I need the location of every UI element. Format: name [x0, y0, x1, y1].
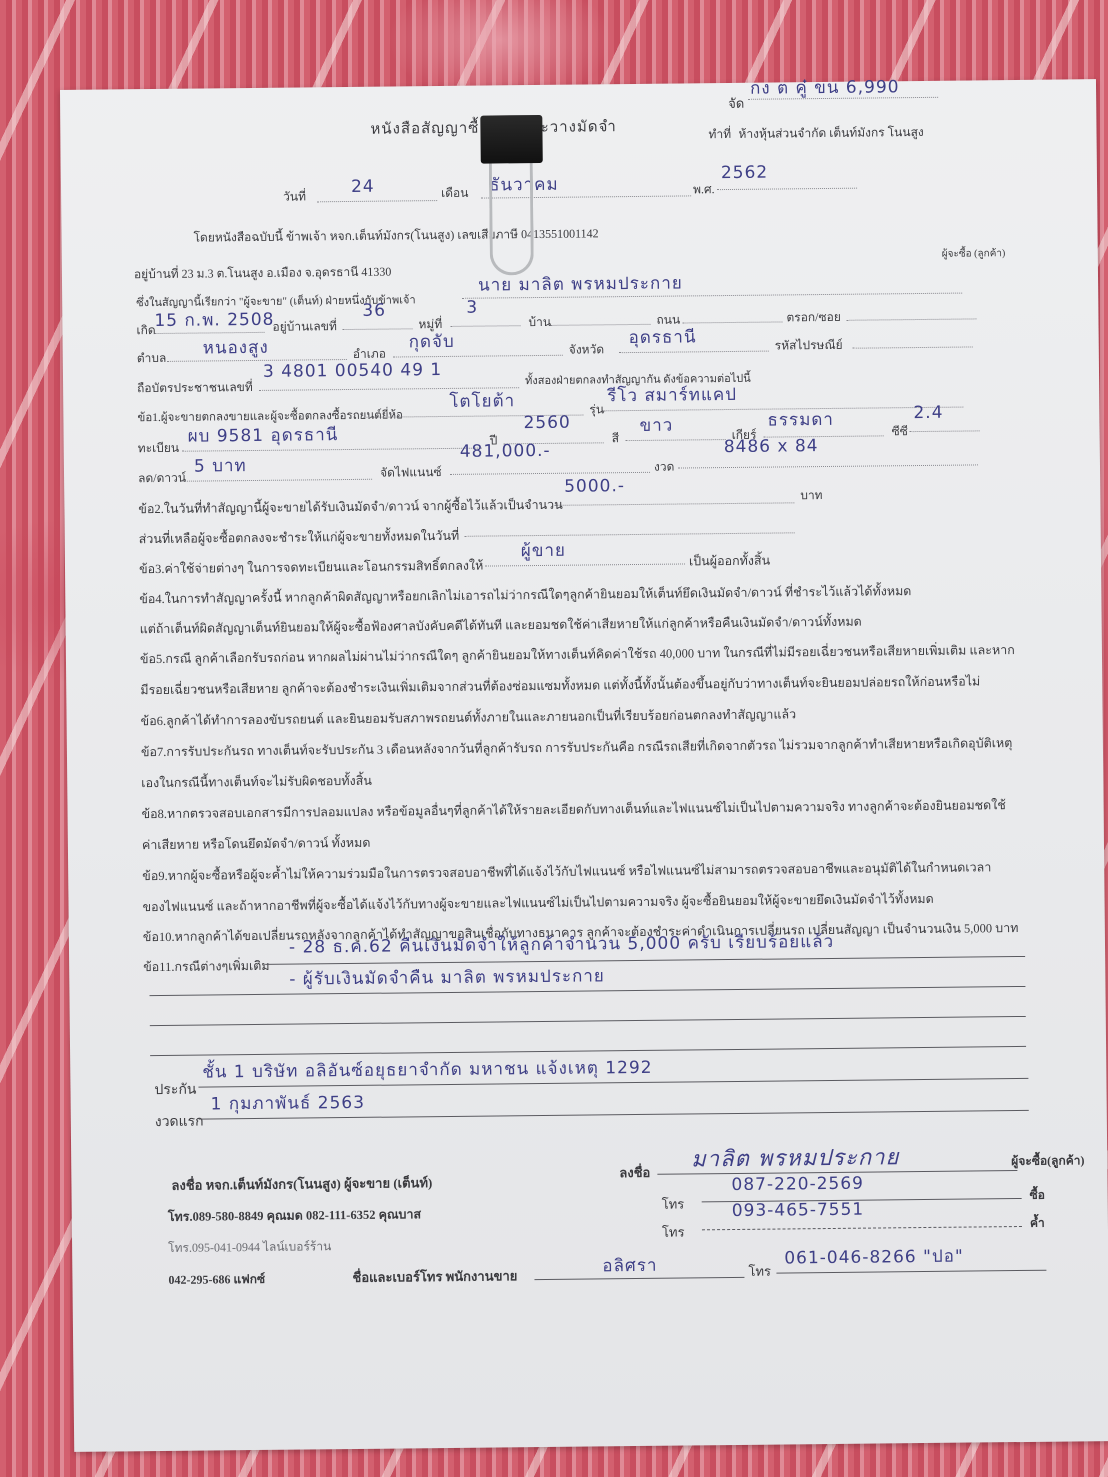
province-value: อุดรธานี	[628, 323, 696, 351]
clause5-line1: ข้อ5.กรณี ลูกค้าเลือกรับรถก่อน หากผลไม่ผ…	[140, 640, 1015, 669]
house-no-value: 36	[362, 301, 386, 321]
down-value: 5 บาท	[194, 452, 247, 480]
clause11-line1: - 28 ธ.ค.62 คืนเงินมัดจำให้ลูกค้าจำนวน 5…	[289, 928, 834, 961]
year-value: 2562	[721, 163, 768, 183]
buyer-tel-label: โทร	[662, 1194, 685, 1215]
moo-value: 3	[466, 298, 478, 318]
guarantor-tel: 093-465-7551	[732, 1200, 865, 1221]
place-value: ห้างหุ้นส่วนจำกัด เต็นท์มังกร โนนสูง	[738, 123, 923, 144]
year-label: พ.ศ.	[693, 180, 715, 199]
first-installment-label: งวดแรก	[155, 1111, 204, 1134]
clause7-line1: ข้อ7.การรับประกันรถ ทางเต็นท์จะรับประกัน…	[141, 733, 1013, 762]
clause5-line2: มีรอยเฉี่ยวชนหรือเสียหาย ลูกค้าจะต้องชำร…	[140, 671, 980, 700]
day-value: 24	[351, 177, 375, 197]
day-label: วันที่	[283, 187, 306, 206]
model-label: รุ่น	[589, 400, 604, 419]
vehicle-gear: ธรรมดา	[767, 406, 834, 434]
seller-phone-line: โทร.095-041-0944 ไลน์เบอร์ร้าน	[168, 1237, 331, 1258]
subdistrict-label: ตำบล	[137, 349, 167, 368]
clause8-line1: ข้อ8.หากตรวจสอบเอกสารมีการปลอมแปลง หรือข…	[141, 795, 1005, 824]
contract-paper: หนังสือสัญญาซื้อขายและวางมัดจำ จัด กง ต …	[60, 79, 1108, 1452]
clause3-value: ผู้ขาย	[521, 537, 566, 564]
clause6-text: ข้อ6.ลูกค้าได้ทำการลองขับรถยนต์ และยินยอ…	[141, 704, 797, 731]
vehicle-year: 2560	[523, 413, 570, 433]
finance-value: 481,000.-	[460, 441, 551, 462]
insurance-label: ประกัน	[154, 1079, 196, 1101]
province-label: จังหวัด	[569, 340, 605, 359]
seller-phones: โทร.089-580-8849 คุณมด 082-111-6352 คุณบ…	[168, 1204, 421, 1227]
vehicle-brand: โตโยต้า	[449, 387, 515, 415]
remaining-label: ส่วนที่เหลือผู้จะซื้อตกลงจะชำระให้แก่ผู้…	[139, 526, 460, 549]
house-no-label: อยู่บ้านเลขที่	[272, 317, 337, 337]
guarantor-tel-suffix: ค้ำ	[1030, 1214, 1045, 1233]
buyer-side-note: ผู้จะซื้อ (ลูกค้า)	[942, 246, 1006, 262]
clause9-line2: ของไฟแนนซ์ และถ้าหากอาชีพที่ผู้จะซื้อได้…	[142, 889, 933, 917]
vehicle-plate: ผบ 9581 อุดรธานี	[187, 421, 338, 450]
buyer-sign-label: ลงชื่อ	[619, 1162, 650, 1183]
color-label: สี	[612, 429, 620, 448]
salesperson-name: อลิศรา	[602, 1252, 657, 1280]
birth-value: 15 ก.พ. 2508	[154, 306, 274, 334]
birth-label: เกิด	[136, 321, 155, 340]
salesperson-label: ชื่อและเบอร์โทร พนักงานขาย	[352, 1265, 517, 1288]
binder-clip-icon	[480, 115, 542, 164]
clause3-suffix: เป็นผู้ออกทั้งสิ้น	[689, 551, 770, 572]
soi-label: ตรอก/ซอย	[786, 308, 841, 328]
deposit-value: 5000.-	[564, 476, 625, 497]
vehicle-color: ขาว	[639, 412, 673, 439]
district-value: กุดจับ	[409, 328, 455, 355]
finance-label: จัดไฟแนนซ์	[380, 463, 442, 483]
cc-label: ซีซี	[892, 422, 908, 441]
id-label: ถือบัตรประชาชนเลขที่	[137, 378, 253, 398]
place-label: ทำที่	[708, 125, 731, 144]
clause11-line2: - ผู้รับเงินมัดจำคืน มาลิต พรหมประกาย	[289, 962, 605, 992]
clause4-line2: แต่ถ้าเต็นท์ผิดสัญญาเต็นท์ยินยอมให้ผู้จะ…	[140, 612, 862, 640]
clause3-text: ข้อ3.ค่าใช้จ่ายต่างๆ ในการจดทะเบียนและโอ…	[139, 556, 483, 580]
plate-label: ทะเบียน	[138, 439, 180, 458]
baht-label: บาท	[800, 486, 822, 505]
id-value: 3 4801 00540 49 1	[263, 360, 442, 382]
first-installment-value: 1 กุมภาพันธ์ 2563	[210, 1089, 365, 1118]
salesperson-tel-label: โทร	[748, 1261, 771, 1282]
seller-address: อยู่บ้านที่ 23 ม.3 ต.โนนสูง อ.เมือง จ.อุ…	[134, 263, 392, 285]
buyer-sign-suffix: ผู้จะซื้อ(ลูกค้า)	[1011, 1151, 1084, 1171]
buyer-tel-suffix: ซื้อ	[1030, 1186, 1046, 1205]
clause11-label: ข้อ11.กรณีต่างๆเพิ่มเติม	[143, 956, 270, 977]
installment-value: 8486 x 84	[724, 436, 819, 457]
subdistrict-value: หนองสูง	[203, 334, 269, 362]
seller-sign-text: ลงชื่อ หจก.เต็นท์มังกร(โนนสูง) ผู้จะขาย …	[171, 1172, 432, 1196]
down-label: ลด/ดาวน์	[138, 469, 186, 489]
clause8-line2: ค่าเสียหาย หรือโดนยึดมัดจำ/ดาวน์ ทั้งหมด	[142, 833, 371, 855]
clause2-text: ข้อ2.ในวันที่ทำสัญญานี้ผู้จะขายได้รับเงิ…	[138, 495, 563, 519]
intro-text: โดยหนังสือฉบับนี้ ข้าพเจ้า หจก.เต็นท์มัง…	[193, 224, 598, 247]
installment-label: งวด	[654, 458, 675, 477]
clause9-line1: ข้อ9.หากผู้จะซื้อหรือผู้จะค้ำไม่ให้ความร…	[142, 857, 991, 886]
village-label: บ้าน	[528, 313, 551, 332]
clause7-line2: เองในกรณีนี้ทางเต็นท์จะไม่รับผิดชอบทั้งส…	[141, 771, 372, 793]
vehicle-cc: 2.4	[913, 403, 943, 423]
insurance-value: ชั้น 1 บริษัท อลิอันซ์อยุธยาจำกัด มหาชน …	[202, 1054, 653, 1086]
postcode-label: รหัสไปรษณีย์	[775, 336, 843, 356]
guarantor-tel-label: โทร	[662, 1222, 685, 1243]
clause4-line1: ข้อ4.ในการทำสัญญาครั้งนี้ หากลูกค้าผิดสั…	[139, 581, 911, 609]
ref-label: จัด	[728, 93, 744, 114]
salesperson-tel: 061-046-8266 "ปอ"	[784, 1243, 964, 1272]
seller-fax: 042-295-686 แฟกซ์	[168, 1270, 265, 1290]
binder-clip-wire-icon	[489, 155, 534, 275]
vehicle-model: รีโว สมาร์ทแคป	[607, 381, 737, 409]
buyer-tel: 087-220-2569	[731, 1174, 864, 1195]
month-label: เดือน	[441, 184, 469, 203]
